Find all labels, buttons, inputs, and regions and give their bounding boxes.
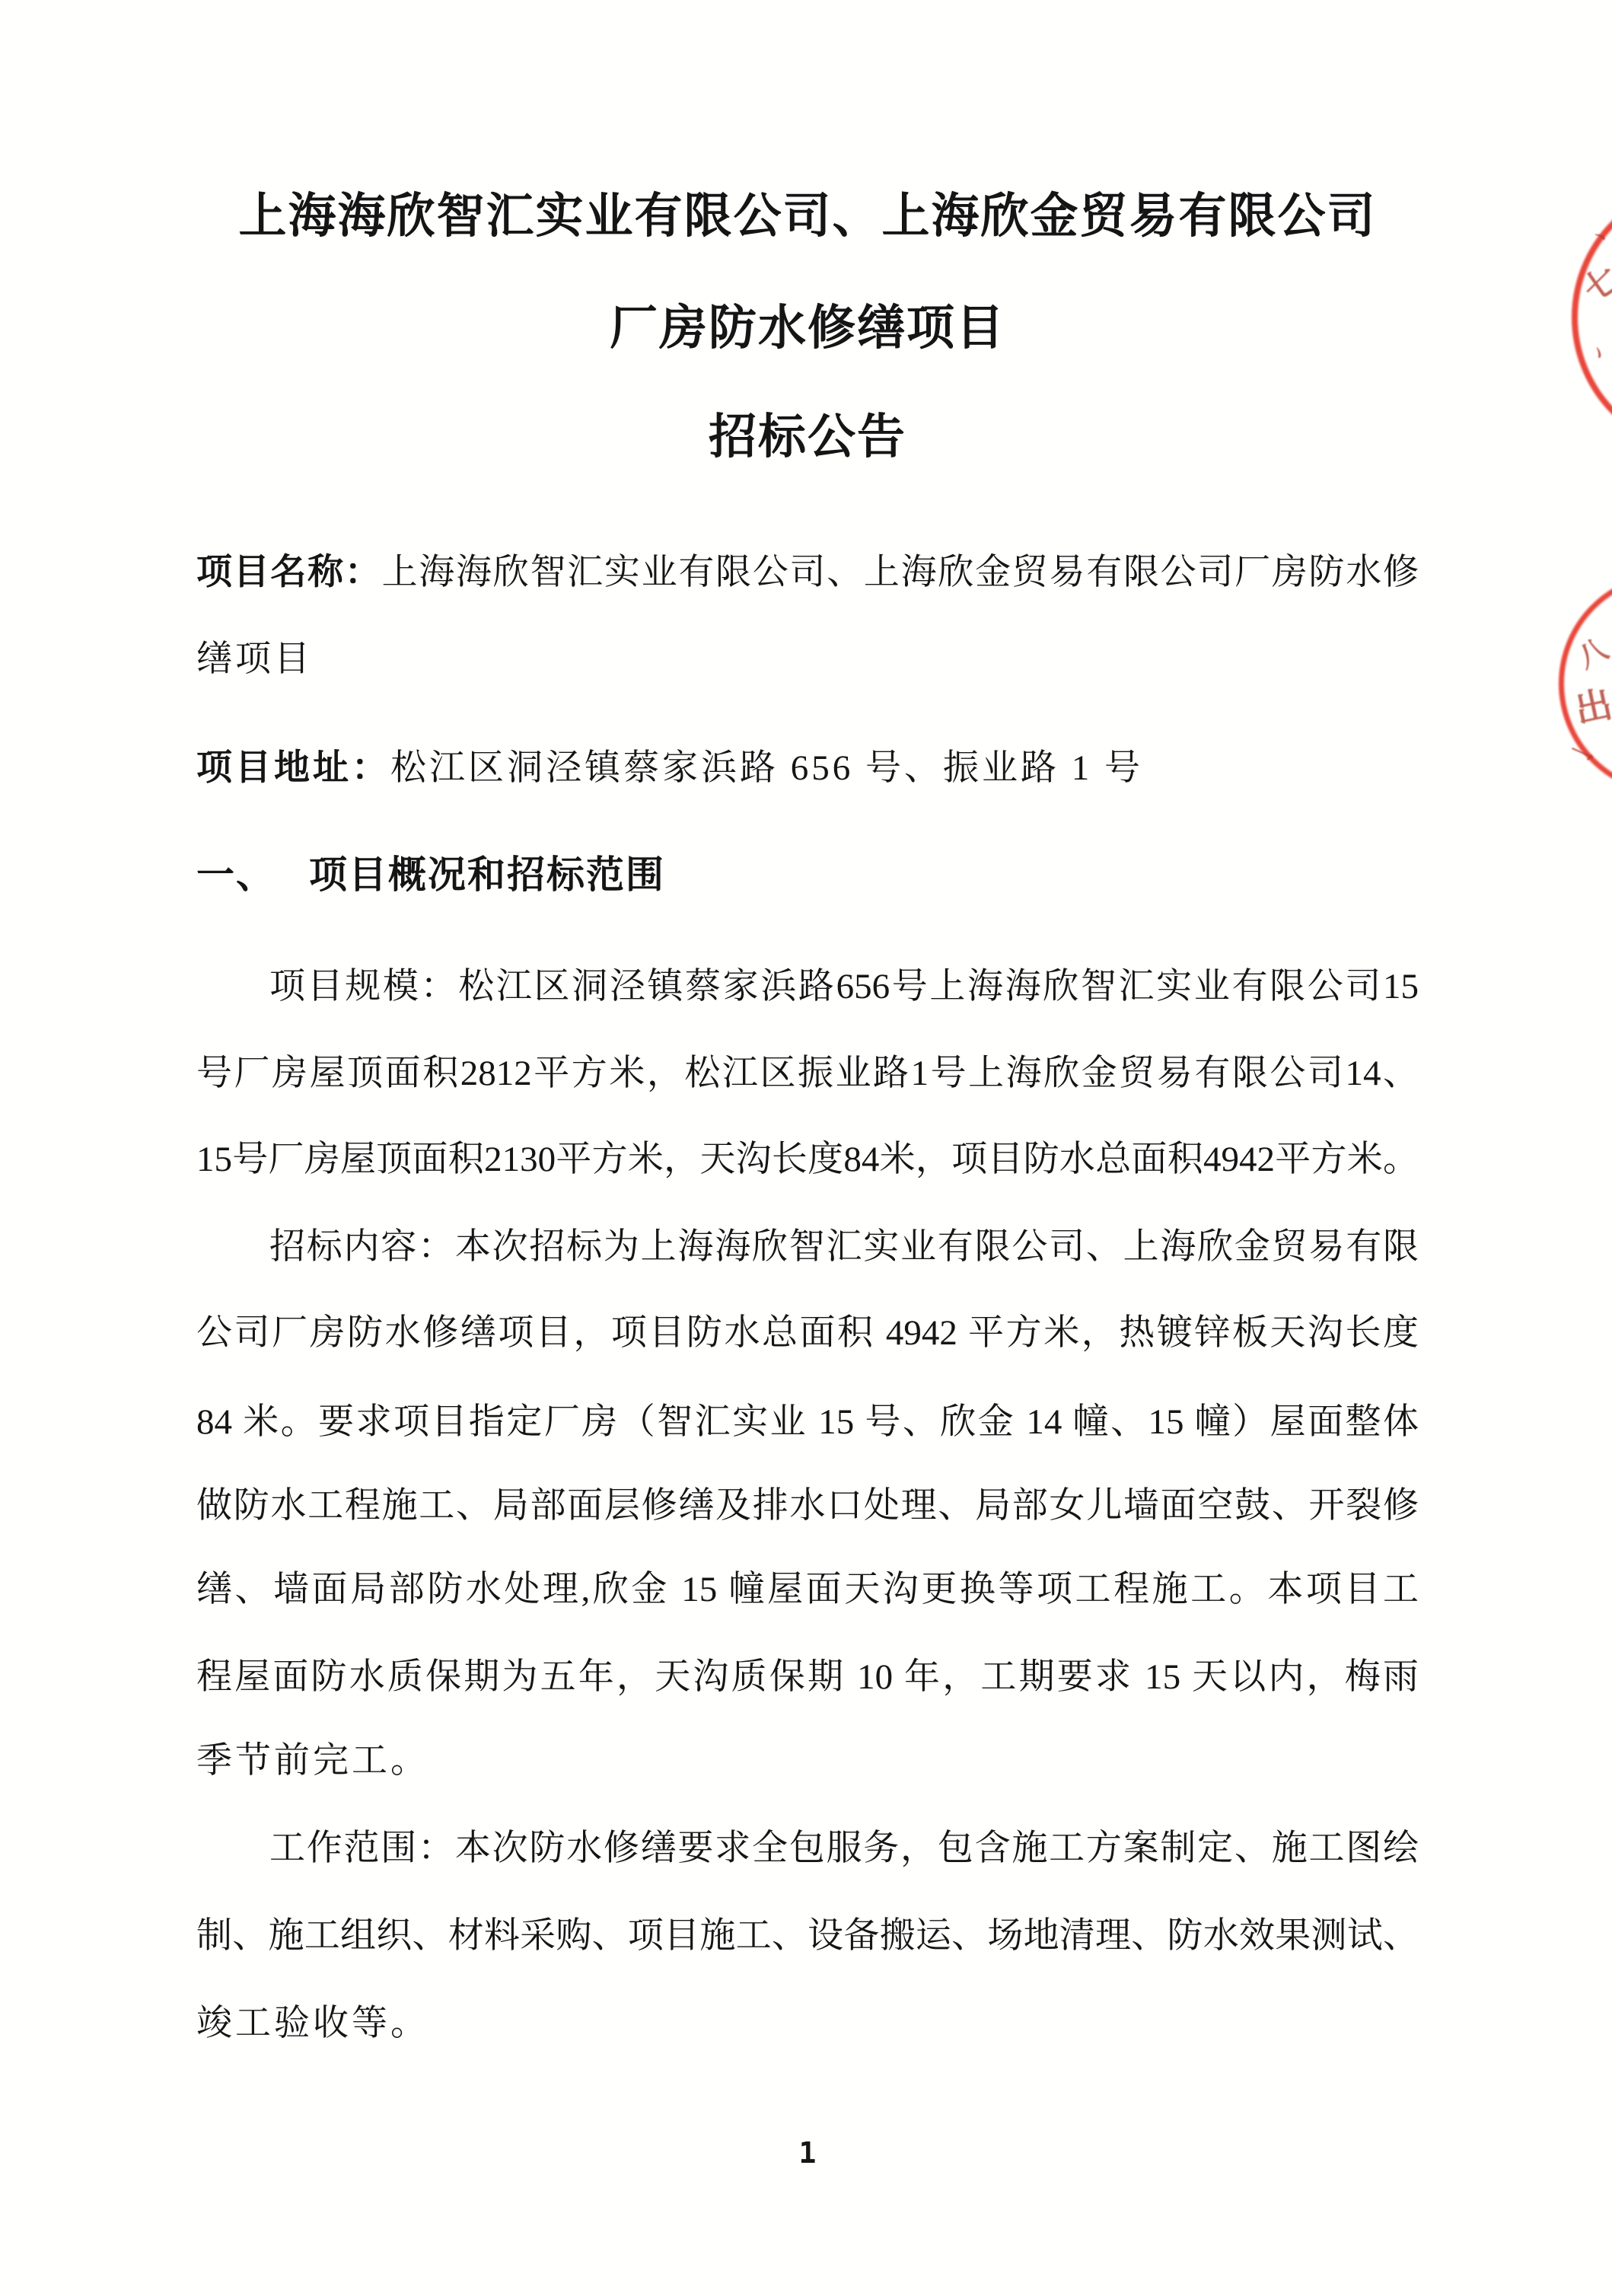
project-name-value: 上海海欣智汇实业有限公司、上海欣金贸易有限公司厂房防水修 xyxy=(382,553,1419,592)
project-address-label: 项目地址： xyxy=(196,747,390,787)
project-name-line-2: 缮项目 xyxy=(196,637,1419,681)
para-content-line-5: 缮、墙面局部防水处理,欣金 15 幢屋面天沟更换等项工程施工。本项目工 xyxy=(196,1567,1419,1612)
project-address-value: 松江区洞泾镇蔡家浜路 656 号、振业路 1 号 xyxy=(390,748,1143,788)
project-name-label: 项目名称： xyxy=(196,551,382,592)
document-title-line-2: 厂房防水修缮项目 xyxy=(196,299,1419,357)
project-name-line-1: 项目名称：上海海欣智汇实业有限公司、上海欣金贸易有限公司厂房防水修 xyxy=(196,550,1419,595)
stamp-character-fragment: 出 xyxy=(1572,687,1612,730)
para-content-line-4: 做防水工程施工、局部面层修缮及排水口处理、局部女儿墙面空鼓、开裂修 xyxy=(196,1484,1419,1528)
red-seal-stamp-top-icon xyxy=(1572,180,1612,454)
para-content-line-2: 公司厂房防水修缮项目，项目防水总面积 4942 平方米，热镀锌板天沟长度 xyxy=(196,1311,1419,1355)
para-scope-line-2: 制、施工组织、材料采购、项目施工、设备搬运、场地清理、防水效果测试、 xyxy=(196,1914,1419,1958)
section-1-marker: 一、 xyxy=(196,853,276,896)
section-1-heading: 一、项目概况和招标范围 xyxy=(196,852,1419,898)
para-scope-line-1: 工作范围：本次防水修缮要求全包服务，包含施工方案制定、施工图绘 xyxy=(196,1826,1419,1870)
para-content-line-1: 招标内容：本次招标为上海海欣智汇实业有限公司、上海欣金贸易有限 xyxy=(196,1225,1419,1269)
para-content-line-6: 程屋面防水质保期为五年，天沟质保期 10 年，工期要求 15 天以内，梅雨 xyxy=(196,1655,1419,1699)
para-scope-line-3: 竣工验收等。 xyxy=(196,2001,1419,2046)
para-scale-line-2: 号厂房屋顶面积2812平方米，松江区振业路1号上海欣金贸易有限公司14、 xyxy=(196,1051,1419,1095)
project-address-line: 项目地址：松江区洞泾镇蔡家浜路 656 号、振业路 1 号 xyxy=(196,745,1419,790)
document-title-line-1: 上海海欣智汇实业有限公司、上海欣金贸易有限公司 xyxy=(196,187,1419,245)
page-number: 1 xyxy=(196,2136,1419,2170)
para-content-line-7: 季节前完工。 xyxy=(196,1739,1419,1783)
para-scale-line-1: 项目规模：松江区洞泾镇蔡家浜路656号上海海欣智汇实业有限公司15 xyxy=(196,965,1419,1009)
section-1-title: 项目概况和招标范围 xyxy=(276,853,665,896)
para-scale-line-3: 15号厂房屋顶面积2130平方米，天沟长度84米，项目防水总面积4942平方米。 xyxy=(196,1137,1419,1181)
document-page: 上海海欣智汇实业有限公司、上海欣金贸易有限公司 厂房防水修缮项目 招标公告 项目… xyxy=(0,0,1612,2296)
document-title-line-3: 招标公告 xyxy=(196,408,1419,466)
para-content-line-3: 84 米。要求项目指定厂房（智汇实业 15 号、欣金 14 幢、15 幢）屋面整… xyxy=(196,1400,1419,1444)
